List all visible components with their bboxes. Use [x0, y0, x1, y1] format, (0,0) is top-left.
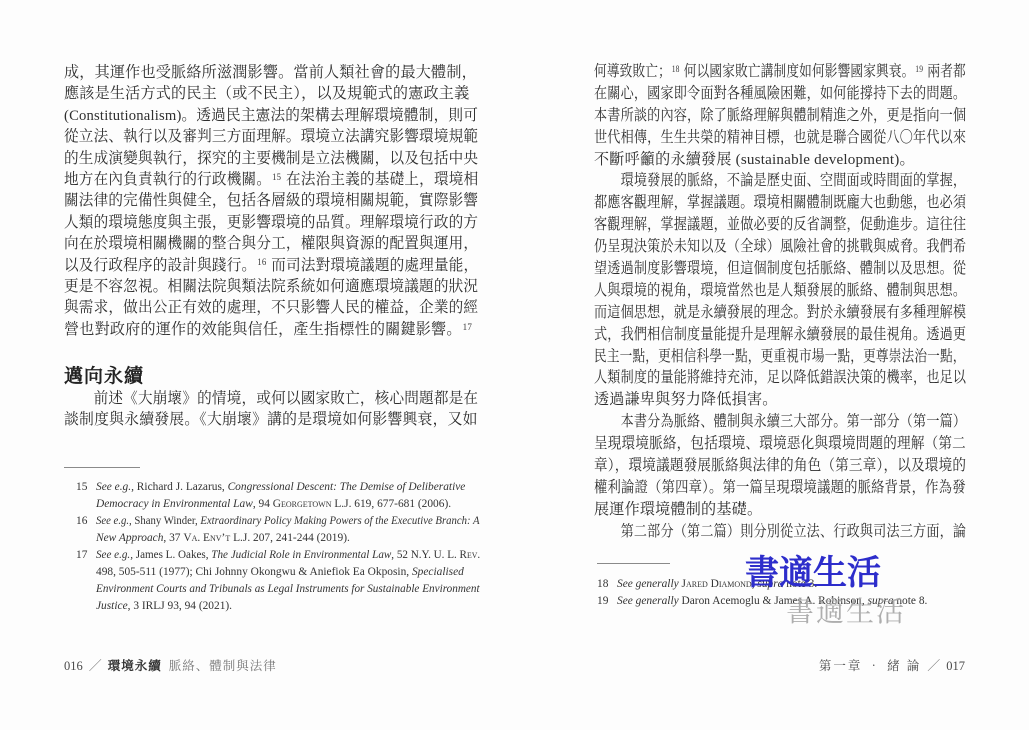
text-segment: Georgetown — [273, 498, 332, 510]
text-segment: L.J. 619, 677-681 (2006). — [332, 498, 452, 510]
text-segment: 都應客觀理解，掌握議題。環境相關體制既龐大也動態，也必須 — [594, 195, 966, 211]
text-segment: 兩者都 — [924, 64, 966, 80]
text-line: 更是不容忽視。相關法院與類法院系統如何適應環境議題的狀況 — [64, 277, 464, 298]
text-segment: Jared Diamond — [682, 578, 752, 590]
text-segment: 透過謙卑與努力降低損害。 — [594, 392, 778, 408]
text-line: 人類的環境態度與主張，更影響環境的品質。理解環境行政的方 — [64, 213, 464, 234]
text-line: 不斷呼籲的永續發展 (sustainable development)。 — [594, 150, 966, 172]
text-segment: , 52 N.Y. U. L. — [391, 549, 459, 561]
text-line: See generally Jared Diamond, supra note … — [617, 576, 977, 593]
text-segment: 何導致敗亡； — [594, 64, 671, 80]
text-line: New Approach, 37 Va. Env’t L.J. 207, 241… — [96, 530, 480, 547]
text-segment: 更是不容忽視。相關法院與類法院系統如何適應環境議題的狀況 — [64, 279, 478, 295]
text-segment: 人類制度的量能將維持充沛，足以降低錯誤決策的機率，也足以 — [594, 370, 966, 386]
text-line: 仍呈現決策於未知以及（全球）風險社會的挑戰與威脅。我們希 — [594, 237, 917, 259]
text-line: (Constitutionalism)。透過民主憲法的架構去理解環境體制，則可 — [64, 106, 465, 127]
text-segment: , 3 IRLJ 93, 94 (2021). — [128, 600, 232, 612]
chapter-label: 第一章 ‧ 緒 論 — [819, 659, 921, 673]
text-segment: 民主一點，更相信科學一點，更重視市場一點，更尊崇法治一點， — [594, 349, 966, 365]
footnote-divider — [597, 563, 670, 564]
text-segment: 權利論證（第四章）。第一篇呈現環境議題的脈絡背景，作為發 — [594, 480, 966, 496]
text-line: 民主一點，更相信科學一點，更重視市場一點，更尊崇法治一點， — [594, 347, 906, 369]
text-segment: , 37 — [163, 532, 183, 544]
text-segment: note 8. — [894, 595, 928, 607]
text-segment: 前述《大崩壞》的情境，或何以國家敗亡，核心問題都是在 — [64, 391, 478, 407]
text-segment: 人與環境的視角，環境當然也是人類發展的脈絡、體制與思想。 — [594, 283, 966, 299]
text-line: 式，我們相信制度量能提升是理解永續發展的最佳視角。透過更 — [594, 325, 917, 347]
text-line: 第二部分（第二篇）則分別從立法、行政與司法三方面，論 — [594, 522, 917, 544]
text-segment: 展運作環境體制的基礎。 — [594, 502, 762, 518]
text-segment: James L. Oakes, — [133, 549, 211, 561]
text-line: 向在於環境相關機關的整合與分工，權限與資源的配置與運用， — [64, 234, 464, 255]
text-segment: 向在於環境相關機關的整合與分工，權限與資源的配置與運用， — [64, 236, 478, 252]
text-segment: 成，其運作也受脈絡所滋潤影響。當前人類社會的最大體制， — [64, 65, 477, 81]
text-segment: 客觀理解，掌握議題，並做必要的反省調整，促動進步。這往往 — [594, 217, 966, 233]
footnote-divider — [64, 467, 140, 468]
text-segment: Extraordinary Policy Making Powers of th… — [200, 515, 479, 527]
text-segment: , 94 — [253, 498, 273, 510]
text-segment: Specialised — [412, 566, 464, 578]
page-number: 017 — [946, 659, 965, 673]
footnote-text: See generally Daron Acemoglu & James A. … — [617, 593, 977, 610]
text-line: 展運作環境體制的基礎。 — [594, 500, 966, 522]
text-line: 環境發展的脈絡，不論是歷史面、空間面或時間面的掌握， — [594, 171, 917, 193]
left-footnotes: 15See e.g., Richard J. Lazarus, Congress… — [76, 479, 480, 615]
text-segment: 何以國家敗亡講制度如何影響國家興衰。 — [680, 64, 914, 80]
text-segment: Justice — [96, 600, 128, 612]
text-segment: Rev. — [460, 549, 481, 561]
text-segment: 環境發展的脈絡，不論是歷史面、空間面或時間面的掌握， — [594, 173, 966, 189]
text-segment: See e.g., — [96, 515, 132, 527]
book-spread: 成，其運作也受脈絡所滋潤影響。當前人類社會的最大體制，應該是生活方式的民主（或不… — [0, 0, 1029, 730]
footnote: 18See generally Jared Diamond, supra not… — [597, 576, 977, 593]
footnote-ref: 16 — [257, 257, 266, 267]
text-line: See e.g., James L. Oakes, The Judicial R… — [96, 547, 470, 564]
text-line: 與需求，做出公正有效的處理，不只影響人民的權益，企業的經 — [64, 298, 464, 319]
text-line: 呈現環境脈絡，包括環境、環境惡化與環境問題的理解（第二 — [594, 434, 929, 456]
text-segment: L.J. 207, 241-244 (2019). — [230, 532, 350, 544]
text-segment: 本書分為脈絡、體制與永續三大部分。第一部分（第一篇） — [594, 414, 966, 430]
text-line: 成，其運作也受脈絡所滋潤影響。當前人類社會的最大體制， — [64, 63, 478, 84]
footnote: 16See e.g., Shany Winder, Extraordinary … — [76, 513, 480, 547]
text-line: 談制度與永續發展。《大崩壞》講的是環境如何影響興衰，又如 — [64, 410, 471, 431]
text-segment: 本書所談的內容，除了脈絡理解與體制精進之外，更是指向一個 — [594, 108, 966, 124]
text-segment: 498, 505-511 (1977); Chi Johnny Okongwu … — [96, 566, 412, 578]
text-line: 世代相傳，生生共榮的精神目標，也就是聯合國從八〇年代以來 — [594, 128, 917, 150]
text-line: 地方在內負責執行的行政機關。15 在法治主義的基礎上，環境相 — [64, 170, 464, 191]
text-line: See e.g., Shany Winder, Extraordinary Po… — [96, 513, 457, 530]
footnote-number: 18 — [597, 576, 617, 593]
text-line: 本書分為脈絡、體制與永續三大部分。第一部分（第一篇） — [594, 412, 917, 434]
text-line: 人與環境的視角，環境當然也是人類發展的脈絡、體制與思想。 — [594, 281, 917, 303]
footnote: 17See e.g., James L. Oakes, The Judicial… — [76, 547, 480, 615]
text-line: 應該是生活方式的民主（或不民主），以及規範式的憲政主義 — [64, 84, 478, 105]
text-line: 何導致敗亡；18 何以國家敗亡講制度如何影響國家興衰。19 兩者都 — [594, 62, 906, 84]
text-segment: Environment Courts and Tribunals as Lega… — [96, 583, 480, 595]
footer-slash: ／ — [927, 658, 940, 673]
text-line: 透過謙卑與努力降低損害。 — [594, 390, 966, 412]
text-line: 從立法、執行以及審判三方面理解。環境立法講究影響環境規範 — [64, 127, 464, 148]
text-segment: Daron Acemoglu & James A. Robinson, — [679, 595, 868, 607]
text-segment: note 3. — [783, 578, 817, 590]
text-segment: 與需求，做出公正有效的處理，不只影響人民的權益，企業的經 — [64, 300, 478, 316]
page-right: 何導致敗亡；18 何以國家敗亡講制度如何影響國家興衰。19 兩者都在關心，國家即… — [514, 0, 1029, 730]
text-segment: supra — [868, 595, 894, 607]
text-line: 章），環境議題發展脈絡與法律的角色（第三章），以及環境的 — [594, 456, 929, 478]
footnote-ref: 19 — [915, 64, 923, 74]
footnote-number: 19 — [597, 593, 617, 610]
text-segment: 而這個思想，就是永續發展的理念。對於永續發展有多種理解模 — [594, 305, 966, 321]
right-footnotes: 18See generally Jared Diamond, supra not… — [597, 576, 977, 610]
text-segment: 不斷呼籲的永續發展 (sustainable development)。 — [594, 152, 915, 168]
text-line: 的生成演變與執行，探究的主要機制是立法機關，以及包括中央 — [64, 149, 464, 170]
text-segment: See generally — [617, 578, 679, 590]
text-line: 前述《大崩壞》的情境，或何以國家敗亡，核心問題都是在 — [64, 389, 464, 410]
text-line: Environment Courts and Tribunals as Lega… — [96, 581, 473, 598]
text-segment: Richard J. Lazarus, — [134, 481, 228, 493]
text-segment: 世代相傳，生生共榮的精神目標，也就是聯合國從八〇年代以來 — [594, 130, 966, 146]
text-segment: 仍呈現決策於未知以及（全球）風險社會的挑戰與威脅。我們希 — [594, 239, 966, 255]
footnote-text: See e.g., James L. Oakes, The Judicial R… — [96, 547, 480, 615]
page-number: 016 — [64, 659, 83, 673]
left-second-paragraph: 前述《大崩壞》的情境，或何以國家敗亡，核心問題都是在談制度與永續發展。《大崩壞》… — [64, 389, 478, 432]
text-segment: (Constitutionalism)。透過民主憲法的架構去理解環境體制，則可 — [64, 108, 478, 124]
text-line: 客觀理解，掌握議題，並做必要的反省調整，促動進步。這往往 — [594, 215, 917, 237]
text-line: 在關心，國家即令面對各種風險困難，如何能撐持下去的問題。 — [594, 84, 917, 106]
text-segment: 營也對政府的運作的效能與信任，產生指標性的關鍵影響。 — [64, 322, 462, 338]
footnote-ref: 15 — [272, 172, 281, 182]
text-segment: 談制度與永續發展。《大崩壞》講的是環境如何影響興衰，又如 — [64, 412, 478, 428]
text-line: 都應客觀理解，掌握議題。環境相關體制既龐大也動態，也必須 — [594, 193, 917, 215]
text-segment: 地方在內負責執行的行政機關。 — [64, 172, 271, 188]
text-segment: See e.g., — [96, 481, 134, 493]
text-line: See e.g., Richard J. Lazarus, Congressio… — [96, 479, 480, 496]
left-page-footer: 016／環境永續脈絡、體制與法律 — [64, 655, 277, 674]
left-body-text: 成，其運作也受脈絡所滋潤影響。當前人類社會的最大體制，應該是生活方式的民主（或不… — [64, 63, 478, 341]
book-title: 環境永續 — [108, 659, 162, 673]
page-left: 成，其運作也受脈絡所滋潤影響。當前人類社會的最大體制，應該是生活方式的民主（或不… — [0, 0, 514, 730]
book-subtitle: 脈絡、體制與法律 — [169, 659, 277, 673]
footnote-number: 16 — [76, 513, 96, 530]
footnote-number: 15 — [76, 479, 96, 496]
footer-slash: ／ — [89, 658, 102, 673]
text-segment: 在法治主義的基礎上，環境相 — [282, 172, 478, 188]
text-segment: Democracy in Environmental Law — [96, 498, 253, 510]
text-segment: 第二部分（第二篇）則分別從立法、行政與司法三方面，論 — [594, 524, 966, 540]
text-segment: 望透過制度影響環境，但這個制度包括脈絡、體制以及思想。從 — [594, 261, 966, 277]
text-line: Democracy in Environmental Law, 94 Georg… — [96, 496, 480, 513]
text-line: 營也對政府的運作的效能與信任，產生指標性的關鍵影響。17 — [64, 320, 478, 341]
section-heading: 邁向永續 — [64, 361, 144, 388]
text-line: 而這個思想，就是永續發展的理念。對於永續發展有多種理解模 — [594, 303, 917, 325]
text-segment: 從立法、執行以及審判三方面理解。環境立法講究影響環境規範 — [64, 129, 478, 145]
footnote-ref: 17 — [463, 322, 472, 332]
text-segment: New Approach — [96, 532, 163, 544]
text-line: 望透過制度影響環境，但這個制度包括脈絡、體制以及思想。從 — [594, 259, 917, 281]
footnote-number: 17 — [76, 547, 96, 564]
text-segment: 以及行政程序的設計與踐行。 — [64, 258, 256, 274]
text-segment: Congressional Descent: The Demise of Del… — [228, 481, 466, 493]
text-line: 本書所談的內容，除了脈絡理解與體制精進之外，更是指向一個 — [594, 106, 917, 128]
text-line: 498, 505-511 (1977); Chi Johnny Okongwu … — [96, 564, 480, 581]
text-segment: Va. Env’t — [183, 532, 230, 544]
text-line: Justice, 3 IRLJ 93, 94 (2021). — [96, 598, 480, 615]
text-segment: supra — [757, 578, 783, 590]
text-segment: 呈現環境脈絡，包括環境、環境惡化與環境問題的理解（第二 — [594, 436, 966, 452]
footnote: 19See generally Daron Acemoglu & James A… — [597, 593, 977, 610]
text-line: 權利論證（第四章）。第一篇呈現環境議題的脈絡背景，作為發 — [594, 478, 923, 500]
text-line: 人類制度的量能將維持充沛，足以降低錯誤決策的機率，也足以 — [594, 368, 917, 390]
text-line: 以及行政程序的設計與踐行。16 而司法對環境議題的處理量能， — [64, 256, 464, 277]
text-segment: 的生成演變與執行，探究的主要機制是立法機關，以及包括中央 — [64, 151, 478, 167]
right-page-footer: 第一章 ‧ 緒 論／017 — [819, 655, 965, 674]
text-segment: The Judicial Role in Environmental Law — [211, 549, 391, 561]
text-segment: 式，我們相信制度量能提升是理解永續發展的最佳視角。透過更 — [594, 327, 966, 343]
footnote-text: See generally Jared Diamond, supra note … — [617, 576, 977, 593]
footnote: 15See e.g., Richard J. Lazarus, Congress… — [76, 479, 480, 513]
text-segment: 章），環境議題發展脈絡與法律的角色（第三章），以及環境的 — [594, 458, 966, 474]
text-segment: See generally — [617, 595, 679, 607]
footnote-ref: 18 — [672, 64, 680, 74]
text-segment: 而司法對環境議題的處理量能， — [267, 258, 478, 274]
footnote-text: See e.g., Shany Winder, Extraordinary Po… — [96, 513, 480, 547]
text-segment: Shany Winder, — [132, 515, 201, 527]
footnote-text: See e.g., Richard J. Lazarus, Congressio… — [96, 479, 480, 513]
text-segment: 關法律的完備性與健全，包括各層級的環境相關規範，實際影響 — [64, 193, 478, 209]
right-body-text: 何導致敗亡；18 何以國家敗亡講制度如何影響國家興衰。19 兩者都在關心，國家即… — [594, 62, 966, 544]
text-segment: 應該是生活方式的民主（或不民主），以及規範式的憲政主義 — [64, 86, 469, 102]
text-segment: See e.g., — [96, 549, 133, 561]
text-line: See generally Daron Acemoglu & James A. … — [617, 593, 977, 610]
text-segment: 人類的環境態度與主張，更影響環境的品質。理解環境行政的方 — [64, 215, 478, 231]
text-line: 關法律的完備性與健全，包括各層級的環境相關規範，實際影響 — [64, 191, 464, 212]
text-segment: 在關心，國家即令面對各種風險困難，如何能撐持下去的問題。 — [594, 86, 966, 102]
